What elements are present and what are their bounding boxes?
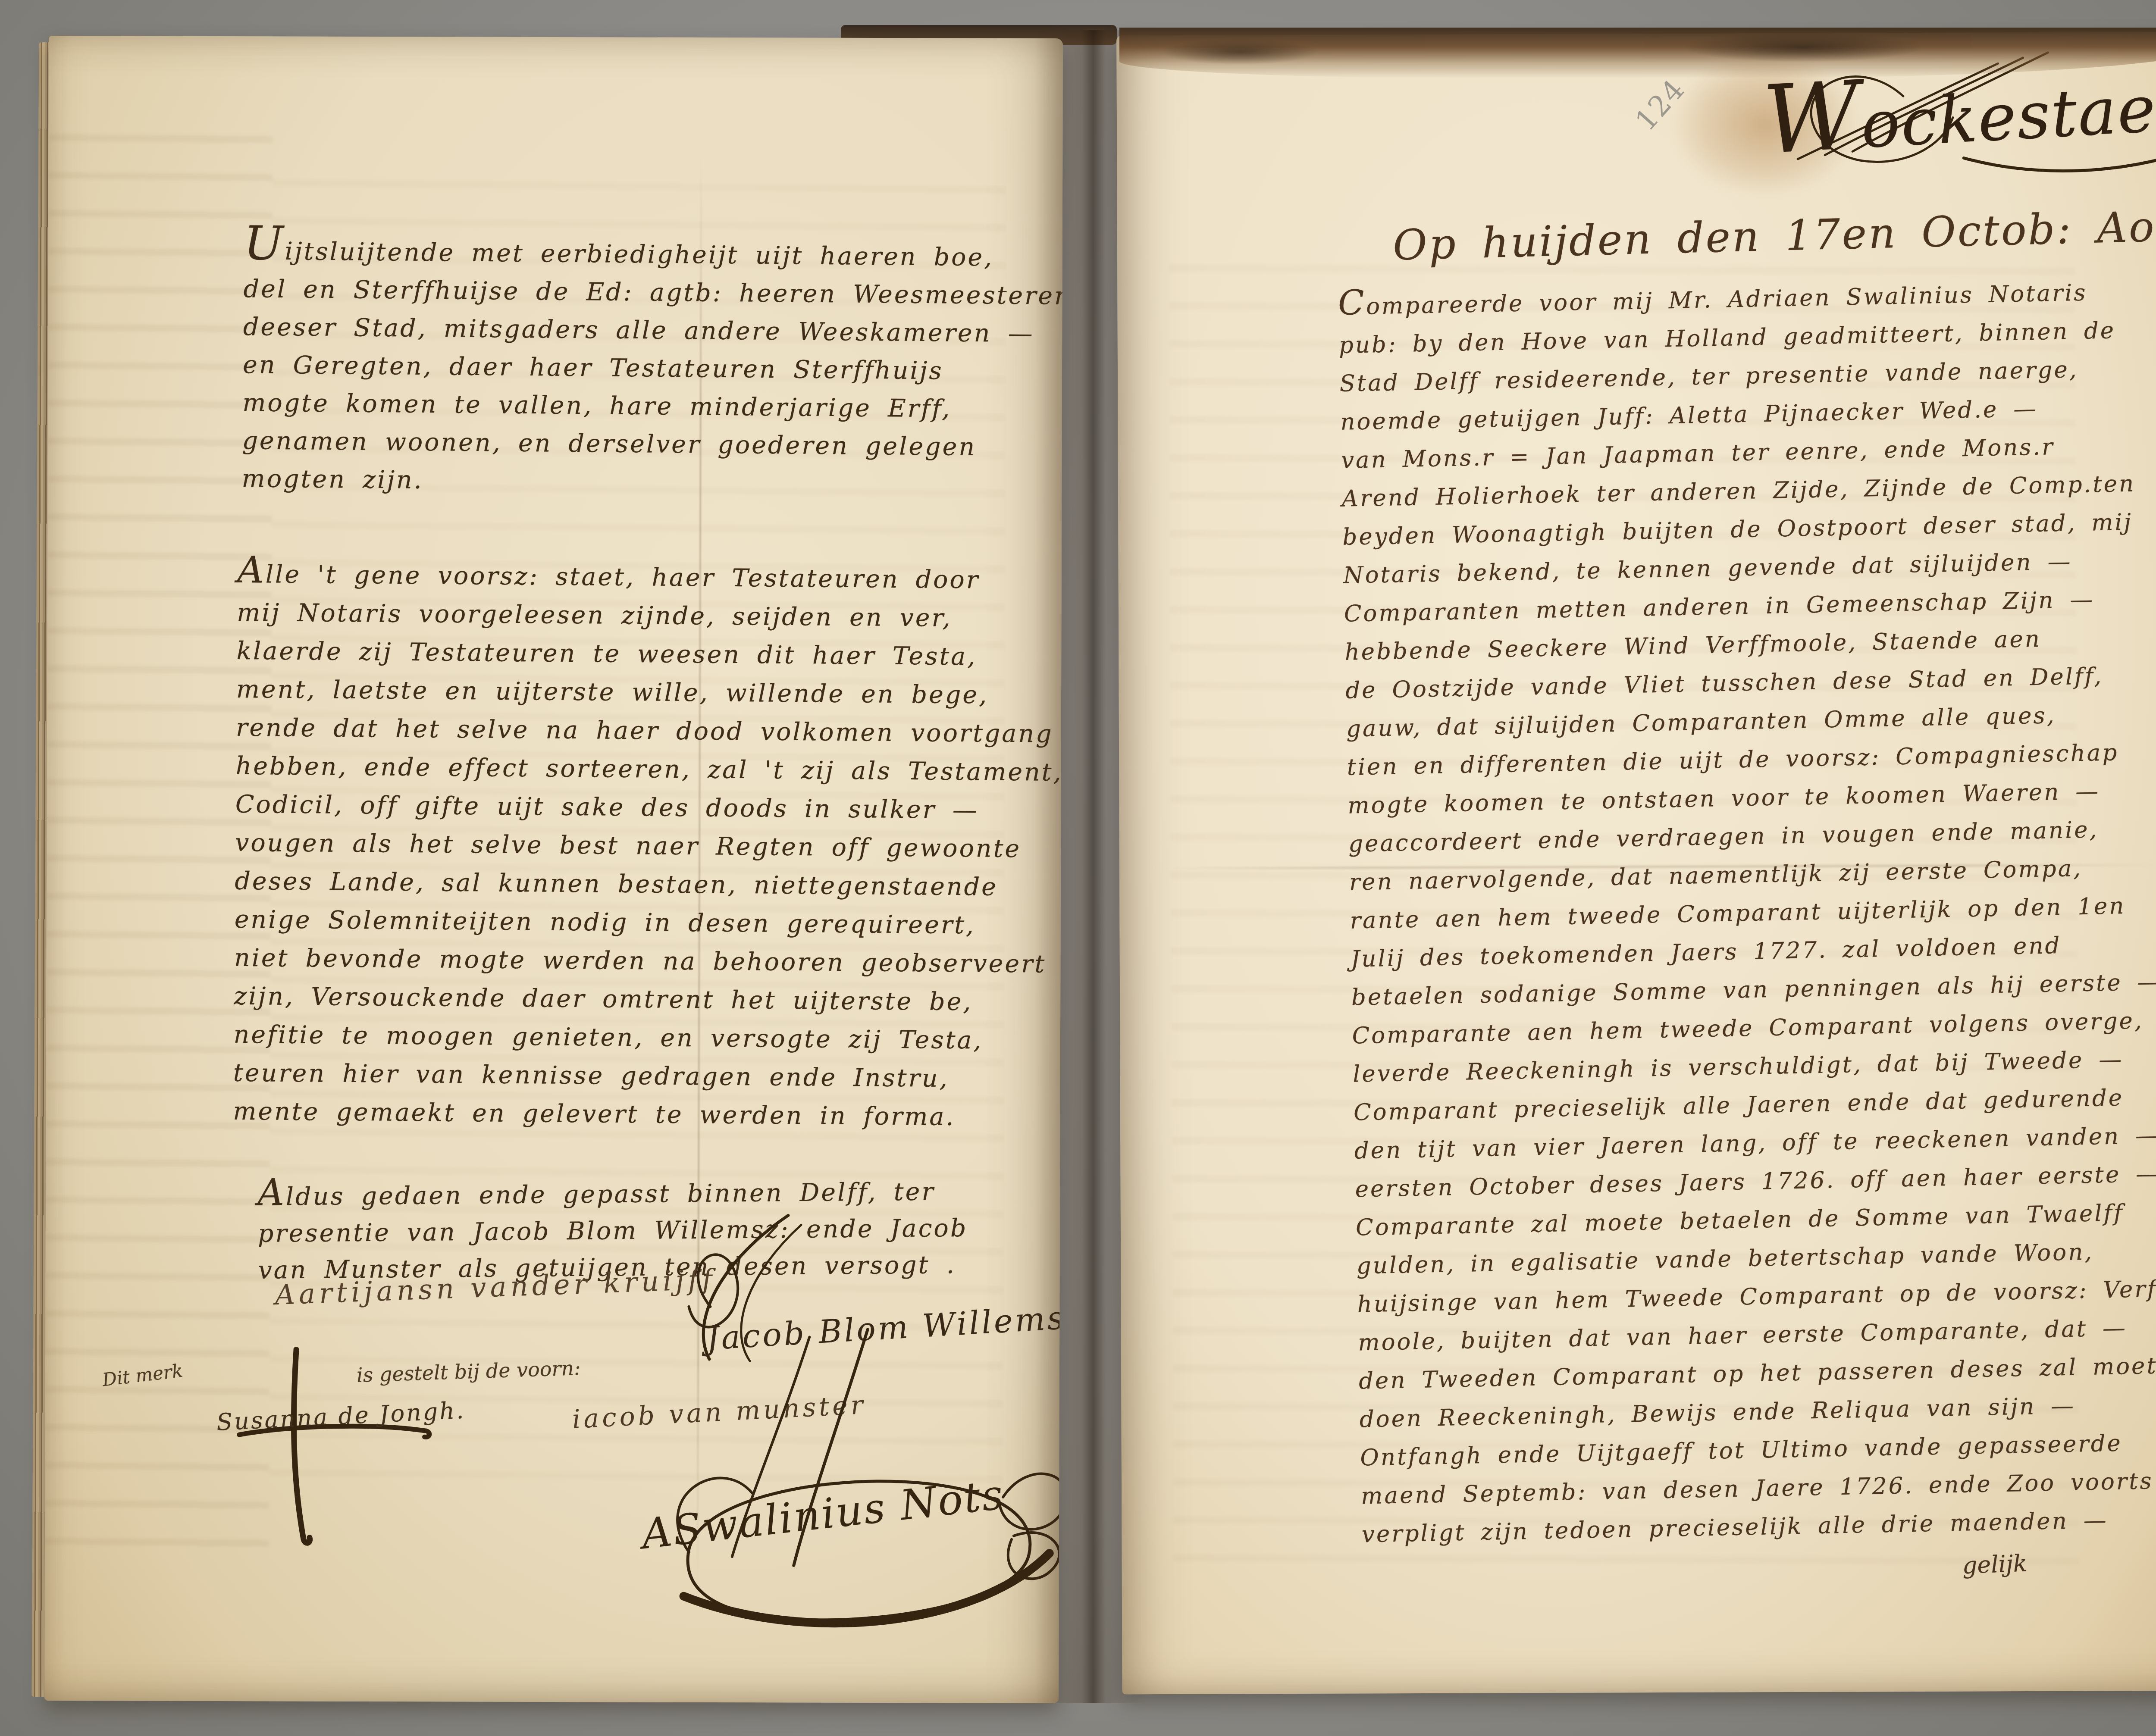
manuscript-line: presentie van Jacob Blom Willemsz: ende … [257, 1210, 968, 1252]
manuscript-line: hebben, ende effect sorteeren, zal 't zi… [235, 747, 1063, 792]
manuscript-line: niet bevonde mogte werden na behooren ge… [234, 939, 1063, 984]
manuscript-line: rende dat het selve na haer dood volkome… [236, 709, 1063, 754]
left-paragraph-1: Uijtsluijtende met eerbiedigheijt uijt h… [241, 231, 1063, 505]
burnt-top-edge [1119, 28, 2156, 78]
archival-photo-backdrop: Uijtsluijtende met eerbiedigheijt uijt h… [0, 0, 2156, 1736]
manuscript-line: mogte komen te vallen, hare minderjarige… [242, 384, 1063, 429]
manuscript-line: Uijtsluijtende met eerbiedigheijt uijt h… [244, 231, 1063, 277]
manuscript-line: mogten zijn. [241, 460, 1063, 505]
manuscript-line: Codicil, off gifte uijt sake des doods i… [235, 785, 1063, 831]
manuscript-line: deses Lande, sal kunnen bestaen, nietteg… [235, 862, 1063, 907]
right-page: 124 Wockestaen Op huijden den 17en Octob… [1116, 32, 2156, 1695]
manuscript-line: zijn, Versouckende daer omtrent het uijt… [234, 977, 1063, 1023]
manuscript-line: Aldus gedaen ende gepasst binnen Delff, … [257, 1173, 968, 1216]
manuscript-line: teuren hier van kennisse gedragen ende I… [233, 1054, 1063, 1099]
deed-body-lines: Compareerde voor mij Mr. Adriaen Swalini… [1338, 272, 2156, 1554]
catchword: gelijk [1962, 1549, 2028, 1579]
manuscript-line: en Geregten, daer haer Testateuren Sterf… [243, 346, 1063, 391]
manuscript-line: genamen woonen, en derselver goederen ge… [242, 422, 1063, 467]
manuscript-line: ment, laetste en uijterste wille, willen… [236, 670, 1063, 716]
margin-note-lead-in: Dit merk [101, 1360, 184, 1390]
manuscript-line: vougen als het selve best naer Regten of… [235, 824, 1063, 869]
manuscript-line: klaerde zij Testateuren te weesen dit ha… [236, 632, 1063, 677]
manuscript-line: deeser Stad, mitsgaders alle andere Wees… [243, 308, 1063, 353]
manuscript-line: mij Notaris voorgeleesen zijnde, seijden… [237, 594, 1063, 639]
left-page: Uijtsluijtende met eerbiedigheijt uijt h… [44, 36, 1063, 1703]
deed-heading: Op huijden den 17en Octob: Ao 1726. [1392, 199, 2156, 270]
manuscript-line: del en Sterffhuijse de Ed: agtb: heeren … [243, 270, 1063, 315]
manuscript-line: mente gemaekt en gelevert te werden in f… [233, 1092, 1063, 1138]
manuscript-line: enige Solemniteijten nodig in desen gere… [234, 901, 1063, 946]
manuscript-line: nefitie te moogen genieten, en versogte … [233, 1016, 1063, 1061]
left-paragraph-2: Alle 't gene voorsz: staet, haer Testate… [233, 555, 1063, 1138]
manuscript-line: Alle 't gene voorsz: staet, haer Testate… [237, 555, 1063, 601]
